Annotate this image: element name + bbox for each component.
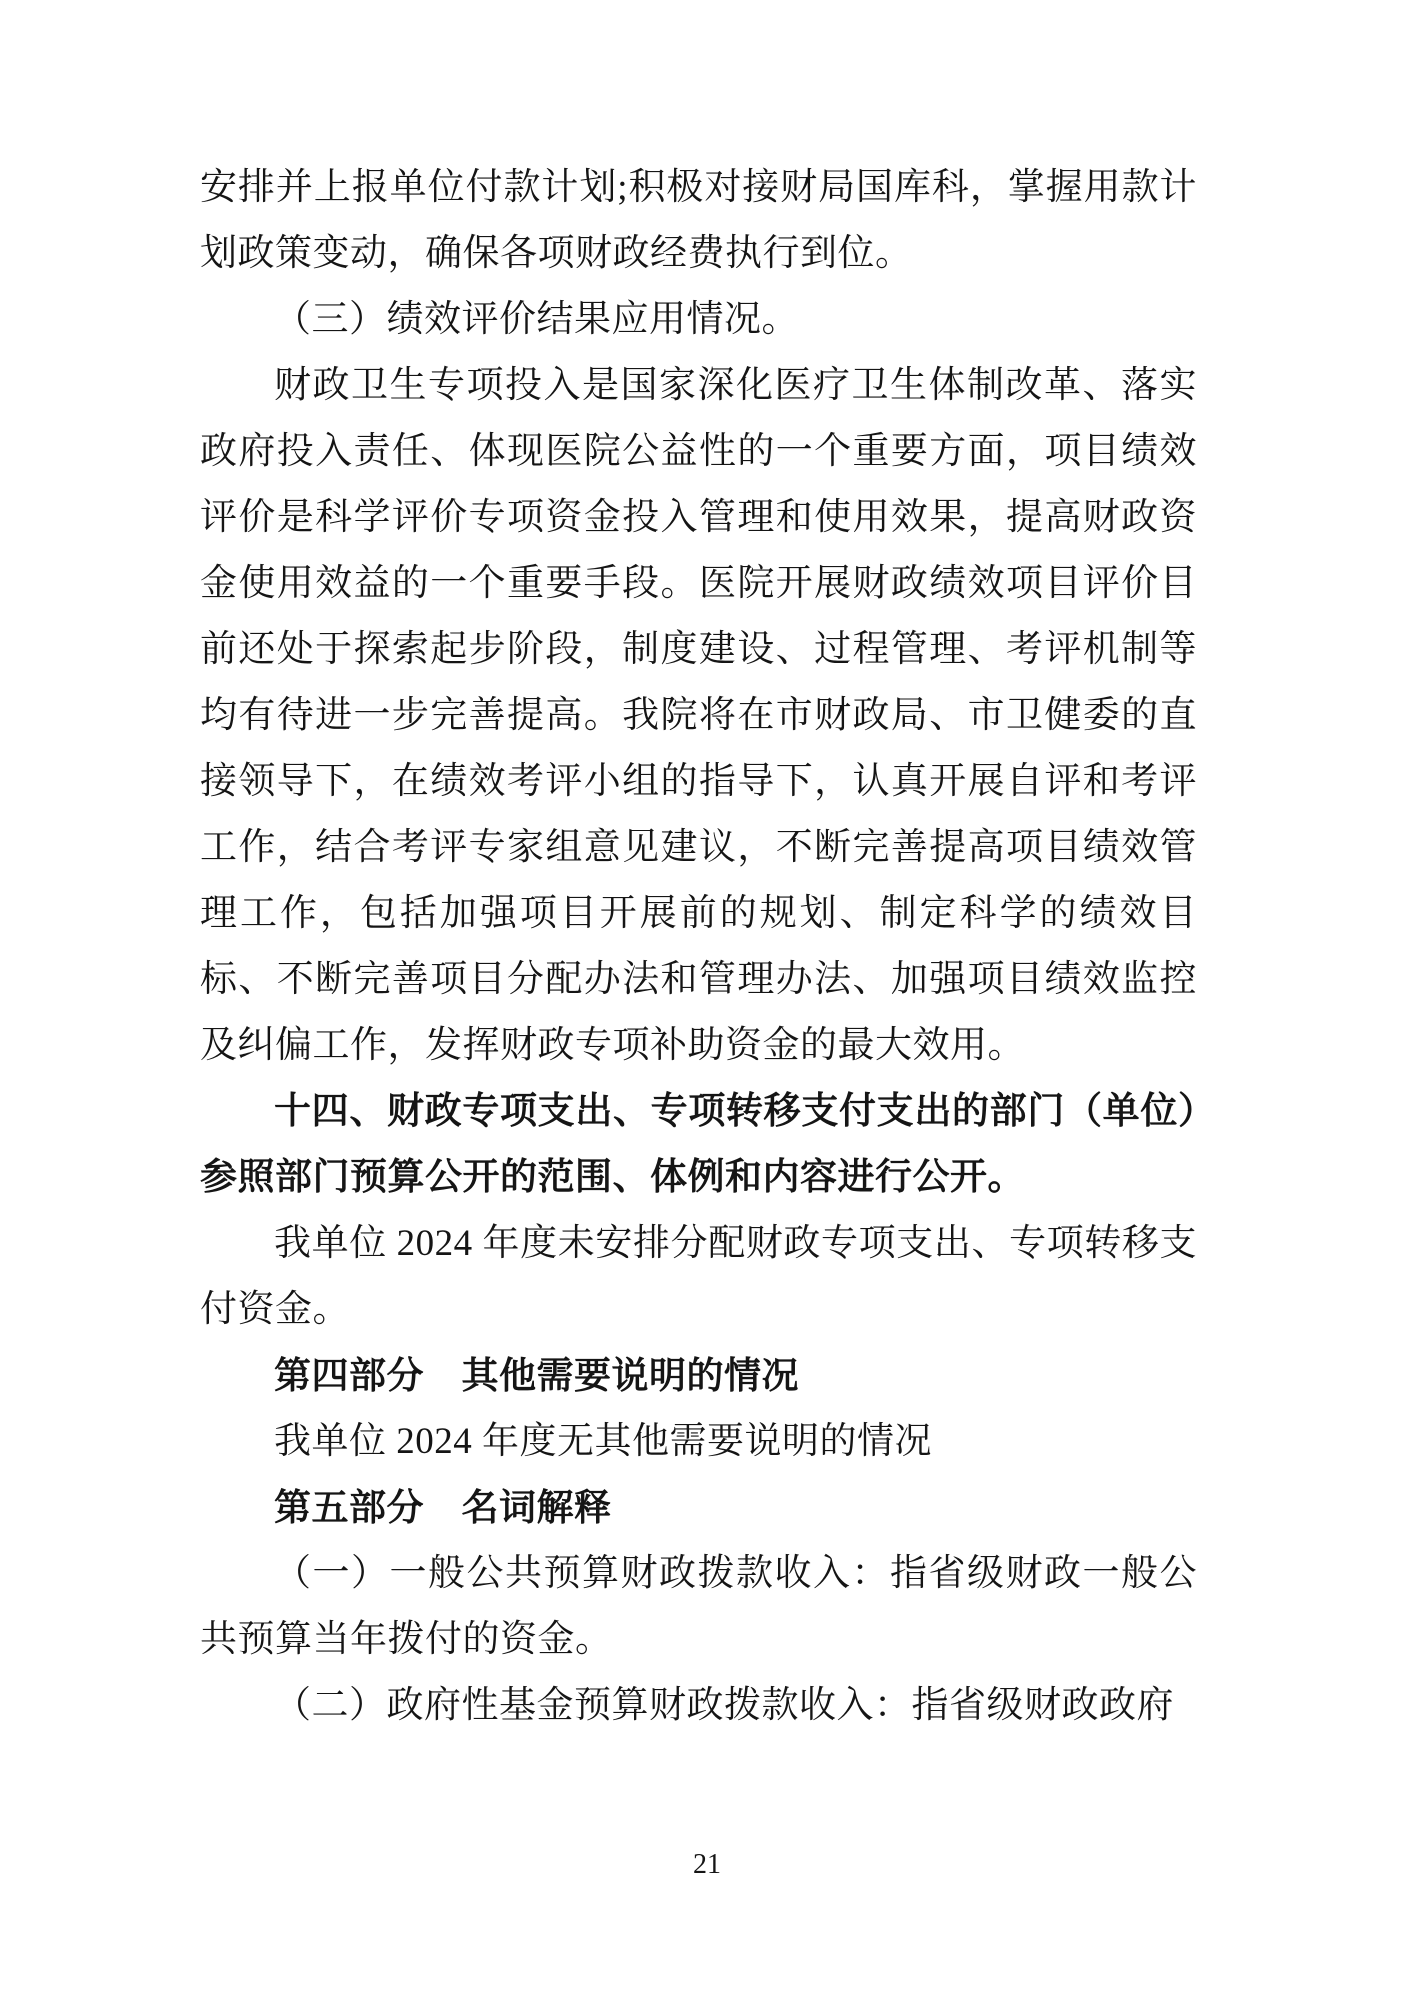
heading-part-four: 第四部分 其他需要说明的情况 (200, 1343, 1197, 1409)
subheading-performance-evaluation-results: （三）绩效评价结果应用情况。 (200, 287, 1197, 353)
page-content: 安排并上报单位付款计划;积极对接财局国库科，掌握用款计划政策变动，确保各项财政经… (200, 155, 1197, 1739)
page-number: 21 (0, 1848, 1414, 1882)
paragraph-term-definition-2: （二）政府性基金预算财政拨款收入：指省级财政政府 (200, 1673, 1197, 1739)
paragraph-no-special-transfer-funds: 我单位 2024 年度未安排分配财政专项支出、专项转移支付资金。 (200, 1211, 1197, 1343)
paragraph-performance-evaluation-body: 财政卫生专项投入是国家深化医疗卫生体制改革、落实政府投入责任、体现医院公益性的一… (200, 353, 1197, 1079)
heading-item-fourteen: 十四、财政专项支出、专项转移支付支出的部门（单位）参照部门预算公开的范围、体例和… (200, 1079, 1197, 1211)
document-page: 安排并上报单位付款计划;积极对接财局国库科，掌握用款计划政策变动，确保各项财政经… (0, 0, 1414, 2000)
heading-part-five: 第五部分 名词解释 (200, 1475, 1197, 1541)
paragraph-no-other-matters: 我单位 2024 年度无其他需要说明的情况 (200, 1409, 1197, 1475)
paragraph-continuation: 安排并上报单位付款计划;积极对接财局国库科，掌握用款计划政策变动，确保各项财政经… (200, 155, 1197, 287)
paragraph-term-definition-1: （一）一般公共预算财政拨款收入：指省级财政一般公共预算当年拨付的资金。 (200, 1541, 1197, 1673)
